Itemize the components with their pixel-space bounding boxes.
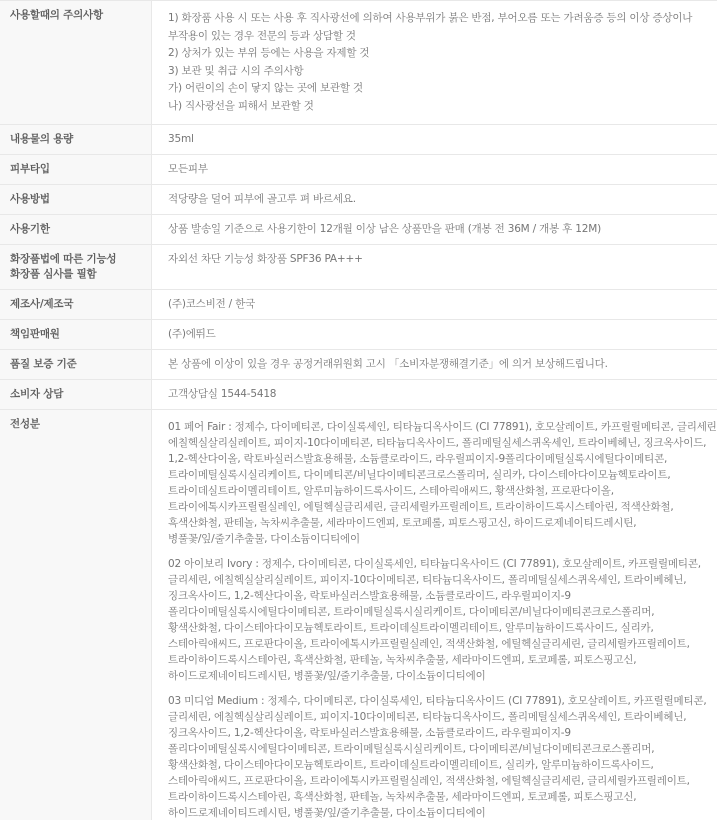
row-value: 고객상담실 1544-5418 [152, 380, 717, 409]
row-label: 전성분 [0, 410, 152, 820]
product-info-table: 사용할때의 주의사항 1) 화장품 사용 시 또는 사용 후 직사광선에 의하여… [0, 0, 717, 820]
row-value: 모든피부 [152, 155, 717, 184]
row-value: 상품 발송일 기준으로 사용기한이 12개월 이상 남은 상품만을 판매 (개봉… [152, 215, 717, 244]
value-paragraph: 자외선 차단 기능성 화장품 SPF36 PA+++ [168, 252, 707, 267]
row-value: (주)에뛰드 [152, 320, 717, 349]
table-row: 제조사/제조국 (주)코스비전 / 한국 [0, 290, 717, 320]
value-paragraph: 모든피부 [168, 162, 707, 177]
table-row: 전성분 01 페어 Fair : 정제수, 다이메티콘, 다이실록세인, 티타늄… [0, 410, 717, 820]
value-paragraph: (주)에뛰드 [168, 327, 707, 342]
table-row: 화장품법에 따른 기능성 화장품 심사를 필함 자외선 차단 기능성 화장품 S… [0, 245, 717, 290]
value-paragraph: 35ml [168, 132, 707, 147]
table-row: 사용기한 상품 발송일 기준으로 사용기한이 12개월 이상 남은 상품만을 판… [0, 215, 717, 245]
value-paragraph: 본 상품에 이상이 있을 경우 공정거래위원회 고시 「소비자분쟁해결기준」에 … [168, 357, 707, 372]
row-value: 35ml [152, 125, 717, 154]
row-value: 본 상품에 이상이 있을 경우 공정거래위원회 고시 「소비자분쟁해결기준」에 … [152, 350, 717, 379]
table-row: 사용방법 적당량을 덜어 피부에 골고루 펴 바르세요. [0, 185, 717, 215]
row-value: 01 페어 Fair : 정제수, 다이메티콘, 다이실록세인, 티타늄디옥사이… [152, 410, 717, 820]
row-value: (주)코스비전 / 한국 [152, 290, 717, 319]
table-row: 소비자 상담 고객상담실 1544-5418 [0, 380, 717, 410]
value-paragraph: 1) 화장품 사용 시 또는 사용 후 직사광선에 의하여 사용부위가 붉은 반… [168, 10, 707, 115]
row-label: 품질 보증 기준 [0, 350, 152, 379]
row-label: 제조사/제조국 [0, 290, 152, 319]
row-label: 소비자 상담 [0, 380, 152, 409]
row-label: 사용기한 [0, 215, 152, 244]
value-paragraph: (주)코스비전 / 한국 [168, 297, 707, 312]
table-row: 내용물의 용량 35ml [0, 125, 717, 155]
value-paragraph: 02 아이보리 Ivory : 정제수, 다이메티콘, 다이실록세인, 티타늄디… [168, 556, 707, 684]
value-paragraph: 03 미디엄 Medium : 정제수, 다이메티콘, 다이실록세인, 티타늄디… [168, 693, 707, 820]
value-paragraph: 적당량을 덜어 피부에 골고루 펴 바르세요. [168, 192, 707, 207]
row-value: 1) 화장품 사용 시 또는 사용 후 직사광선에 의하여 사용부위가 붉은 반… [152, 1, 717, 124]
value-paragraph: 상품 발송일 기준으로 사용기한이 12개월 이상 남은 상품만을 판매 (개봉… [168, 222, 707, 237]
row-label: 책임판매원 [0, 320, 152, 349]
value-paragraph: 고객상담실 1544-5418 [168, 387, 707, 402]
table-row: 책임판매원 (주)에뛰드 [0, 320, 717, 350]
row-label: 사용방법 [0, 185, 152, 214]
row-label: 화장품법에 따른 기능성 화장품 심사를 필함 [0, 245, 152, 289]
row-value: 적당량을 덜어 피부에 골고루 펴 바르세요. [152, 185, 717, 214]
table-row: 피부타입 모든피부 [0, 155, 717, 185]
row-label: 사용할때의 주의사항 [0, 1, 152, 124]
value-paragraph: 01 페어 Fair : 정제수, 다이메티콘, 다이실록세인, 티타늄디옥사이… [168, 419, 707, 547]
table-row: 품질 보증 기준 본 상품에 이상이 있을 경우 공정거래위원회 고시 「소비자… [0, 350, 717, 380]
row-label: 내용물의 용량 [0, 125, 152, 154]
table-row: 사용할때의 주의사항 1) 화장품 사용 시 또는 사용 후 직사광선에 의하여… [0, 1, 717, 125]
row-label: 피부타입 [0, 155, 152, 184]
row-value: 자외선 차단 기능성 화장품 SPF36 PA+++ [152, 245, 717, 289]
